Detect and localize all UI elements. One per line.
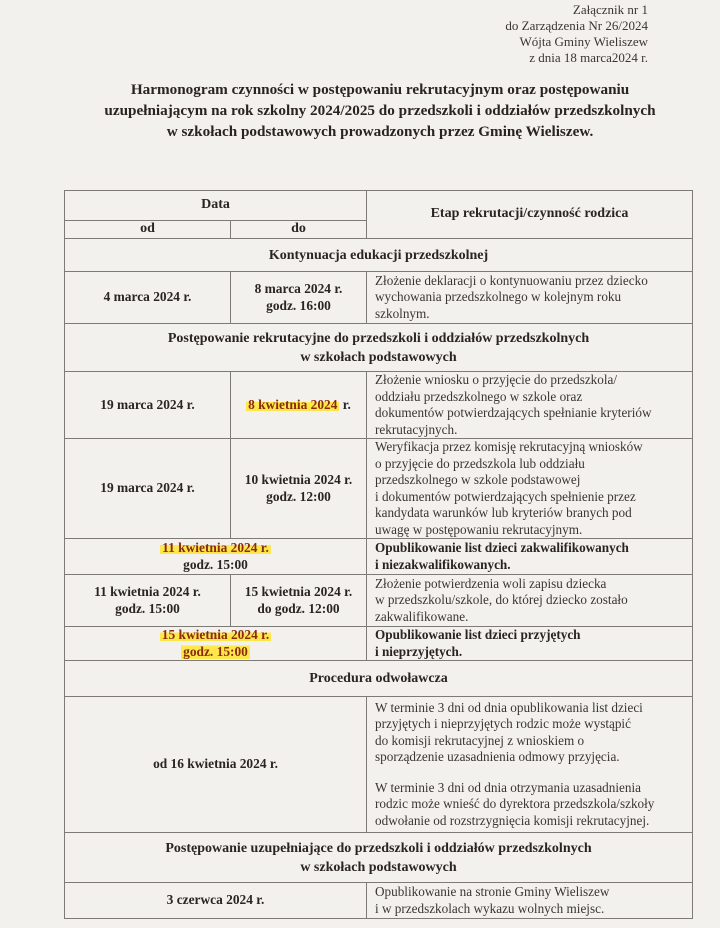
row-desc: Weryfikacja przez komisję rekrutacyjną w… [367,439,693,539]
annex-line: z dnia 18 marca2024 r. [505,50,648,66]
section-continuation: Kontynuacja edukacji przedszkolnej [65,239,693,272]
date-line: 10 kwietnia 2024 r. [239,472,358,489]
highlighted-date: 8 kwietnia 2024 [246,397,339,412]
desc-line: szkolnym. [375,306,684,323]
title-line: Harmonogram czynności w postępowaniu rek… [60,79,700,100]
time-line: do godz. 12:00 [239,601,358,618]
row-date: od 16 kwietnia 2024 r. [65,697,367,833]
header-stage: Etap rekrutacji/czynność rodzica [367,191,693,239]
row-desc: Opublikowanie na stronie Gminy Wieliszew… [367,883,693,919]
desc-line: i w przedszkolach wykazu wolnych miejsc. [375,901,684,918]
desc-line: Złożenie potwierdzenia woli zapisu dziec… [375,576,684,593]
desc-line: kandydata warunków lub kryteriów branych… [375,505,684,522]
desc-line: do komisji rekrutacyjnej z wnioskiem o [375,733,684,750]
row-to: 15 kwietnia 2024 r. do godz. 12:00 [231,575,367,627]
row-to: 8 marca 2024 r. godz. 16:00 [231,272,367,324]
highlighted-date: 15 kwietnia 2024 r. [160,627,271,642]
row-date: 3 czerwca 2024 r. [65,883,367,919]
desc-line: i dokumentów potwierdzających spełnienie… [375,489,684,506]
desc-line: Weryfikacja przez komisję rekrutacyjną w… [375,439,684,456]
time-line: godz. 16:00 [239,298,358,315]
header-from: od [65,221,231,239]
desc-line: Złożenie deklaracji o kontynuowaniu prze… [375,273,684,290]
row-to: 8 kwietnia 2024 r. [231,372,367,439]
desc-line: sporządzenie uzasadnienia odmowy przyjęc… [375,749,684,766]
desc-line: rodzic może wnieść do dyrektora przedszk… [375,796,684,813]
table-row: 11 kwietnia 2024 r. godz. 15:00 15 kwiet… [65,575,693,627]
table-row: 3 czerwca 2024 r. Opublikowanie na stron… [65,883,693,919]
section-line: Postępowanie uzupełniające do przedszkol… [73,839,684,858]
row-from: 4 marca 2024 r. [65,272,231,324]
section-line: Postępowanie rekrutacyjne do przedszkoli… [73,329,684,348]
section-supplementary: Postępowanie uzupełniające do przedszkol… [65,833,693,883]
date-line: 8 marca 2024 r. [239,281,358,298]
desc-line: uwagę w postępowaniu rekrutacyjnym. [375,522,684,539]
highlighted-time: godz. 15:00 [181,644,250,659]
desc-line: i nieprzyjętych. [375,644,684,661]
desc-line: zakwalifikowane. [375,609,684,626]
desc-line: wychowania przedszkolnego w kolejnym rok… [375,289,684,306]
desc-line: dokumentów potwierdzających spełnianie k… [375,405,684,422]
header-to: do [231,221,367,239]
document-title: Harmonogram czynności w postępowaniu rek… [60,79,700,142]
desc-line: przedszkolnego w szkole podstawowej [375,472,684,489]
row-desc: W terminie 3 dni od dnia opublikowania l… [367,697,693,833]
section-appeal: Procedura odwoławcza [65,661,693,697]
row-from: 19 marca 2024 r. [65,372,231,439]
time-line: godz. 15:00 [73,557,358,574]
desc-line: W terminie 3 dni od dnia otrzymania uzas… [375,780,684,797]
row-desc: Opublikowanie list dzieci zakwalifikowan… [367,539,693,575]
schedule-table: Data Etap rekrutacji/czynność rodzica od… [64,190,693,919]
date-line: 11 kwietnia 2024 r. [73,584,222,601]
time-line: godz. 12:00 [239,489,358,506]
desc-line: Złożenie wniosku o przyjęcie do przedszk… [375,372,684,389]
title-line: w szkołach podstawowych prowadzonych prz… [60,121,700,142]
desc-line: i niezakwalifikowanych. [375,557,684,574]
desc-line: o przyjęcie do przedszkola lub oddziału [375,456,684,473]
desc-line: Opublikowanie list dzieci przyjętych [375,627,684,644]
row-date: 15 kwietnia 2024 r. godz. 15:00 [65,627,367,661]
row-to: 10 kwietnia 2024 r. godz. 12:00 [231,439,367,539]
row-desc: Złożenie deklaracji o kontynuowaniu prze… [367,272,693,324]
row-from: 19 marca 2024 r. [65,439,231,539]
desc-line: W terminie 3 dni od dnia opublikowania l… [375,700,684,717]
table-row: 15 kwietnia 2024 r. godz. 15:00 Opubliko… [65,627,693,661]
annex-reference: Załącznik nr 1 do Zarządzenia Nr 26/2024… [505,2,648,66]
annex-line: do Zarządzenia Nr 26/2024 [505,18,648,34]
table-row: 4 marca 2024 r. 8 marca 2024 r. godz. 16… [65,272,693,324]
table-row: 19 marca 2024 r. 10 kwietnia 2024 r. god… [65,439,693,539]
desc-line: odwołanie od rozstrzygnięcia komisji rek… [375,813,684,830]
desc-line: Opublikowanie na stronie Gminy Wieliszew [375,884,684,901]
date-suffix: r. [339,397,350,412]
annex-line: Wójta Gminy Wieliszew [505,34,648,50]
row-date: 11 kwietnia 2024 r. godz. 15:00 [65,539,367,575]
row-from: 11 kwietnia 2024 r. godz. 15:00 [65,575,231,627]
desc-line: oddziału przedszkolnego w szkole oraz [375,389,684,406]
highlighted-date: 11 kwietnia 2024 r. [160,540,271,555]
section-line: w szkołach podstawowych [73,858,684,877]
desc-line: przyjętych i nieprzyjętych rodzic może w… [375,716,684,733]
table-row: od 16 kwietnia 2024 r. W terminie 3 dni … [65,697,693,833]
row-desc: Złożenie wniosku o przyjęcie do przedszk… [367,372,693,439]
annex-line: Załącznik nr 1 [505,2,648,18]
section-recruitment: Postępowanie rekrutacyjne do przedszkoli… [65,324,693,372]
time-line: godz. 15:00 [73,601,222,618]
desc-line: rekrutacyjnych. [375,422,684,439]
desc-line: w przedszkolu/szkole, do której dziecko … [375,592,684,609]
desc-line: Opublikowanie list dzieci zakwalifikowan… [375,540,684,557]
date-line: 15 kwietnia 2024 r. [239,584,358,601]
section-line: w szkołach podstawowych [73,348,684,367]
row-desc: Opublikowanie list dzieci przyjętych i n… [367,627,693,661]
title-line: uzupełniającym na rok szkolny 2024/2025 … [60,100,700,121]
header-date: Data [65,191,367,221]
row-desc: Złożenie potwierdzenia woli zapisu dziec… [367,575,693,627]
table-row: 19 marca 2024 r. 8 kwietnia 2024 r. Złoż… [65,372,693,439]
table-row: 11 kwietnia 2024 r. godz. 15:00 Opubliko… [65,539,693,575]
